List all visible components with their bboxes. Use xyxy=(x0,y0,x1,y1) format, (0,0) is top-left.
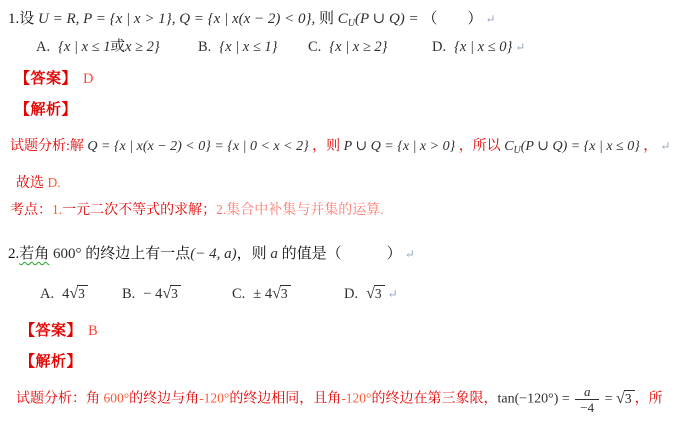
document-page: 1.设 U = R, P = {x | x > 1}, Q = {x | x(x… xyxy=(0,0,690,422)
sqrt-expression: √3 xyxy=(162,285,181,302)
q1-option-b: B.{x | x ≤ 1} xyxy=(198,37,277,57)
q1-analysis-label: 【解析】 xyxy=(15,100,77,120)
q1-option-d: D.{x | x ≤ 0}↵ xyxy=(432,37,525,57)
q2-analysis-label: 【解析】 xyxy=(20,352,82,372)
sqrt-expression: √3 xyxy=(69,285,88,302)
q1-stem: 1.设 U = R, P = {x | x > 1}, Q = {x | x(x… xyxy=(8,9,496,34)
q2-answer: 【答案】B xyxy=(20,321,98,341)
q1-option-c: C.{x | x ≥ 2} xyxy=(308,37,387,57)
q2-option-d: D.√3↵ xyxy=(344,284,398,304)
fraction: a−4 xyxy=(575,384,599,415)
sqrt-expression: √3 xyxy=(616,390,635,407)
q1-conclusion: 故选 D. xyxy=(16,173,61,194)
q2-options: A.4√3 B.− 4√3 C.± 4√3 D.√3↵ xyxy=(0,284,690,310)
q1-options: A.{x | x ≤ 1或x ≥ 2} B.{x | x ≤ 1} C.{x |… xyxy=(0,37,690,63)
q1-answer: 【答案】D xyxy=(15,69,94,89)
q2-analysis: 试题分析：角 600°的终边与角-120°的终边相同，且角-120°的终边在第三… xyxy=(16,384,663,415)
q2-option-c: C.± 4√3 xyxy=(232,284,291,304)
q1-option-a: A.{x | x ≤ 1或x ≥ 2} xyxy=(36,37,160,57)
q2-stem: 2.若角 600° 的终边上有一点(− 4, a)，则 a 的值是（ ）↵ xyxy=(8,244,415,264)
q2-option-b: B.− 4√3 xyxy=(122,284,181,304)
q1-analysis: 试题分析:解 Q = {x | x(x − 2) < 0} = {x | 0 <… xyxy=(10,136,670,161)
q1-keypoints: 考点：1.一元二次不等式的求解；2.集合中补集与并集的运算. xyxy=(10,200,384,221)
sqrt-expression: √3 xyxy=(272,285,291,302)
q2-option-a: A.4√3 xyxy=(40,284,88,304)
sqrt-expression: √3 xyxy=(366,285,385,302)
